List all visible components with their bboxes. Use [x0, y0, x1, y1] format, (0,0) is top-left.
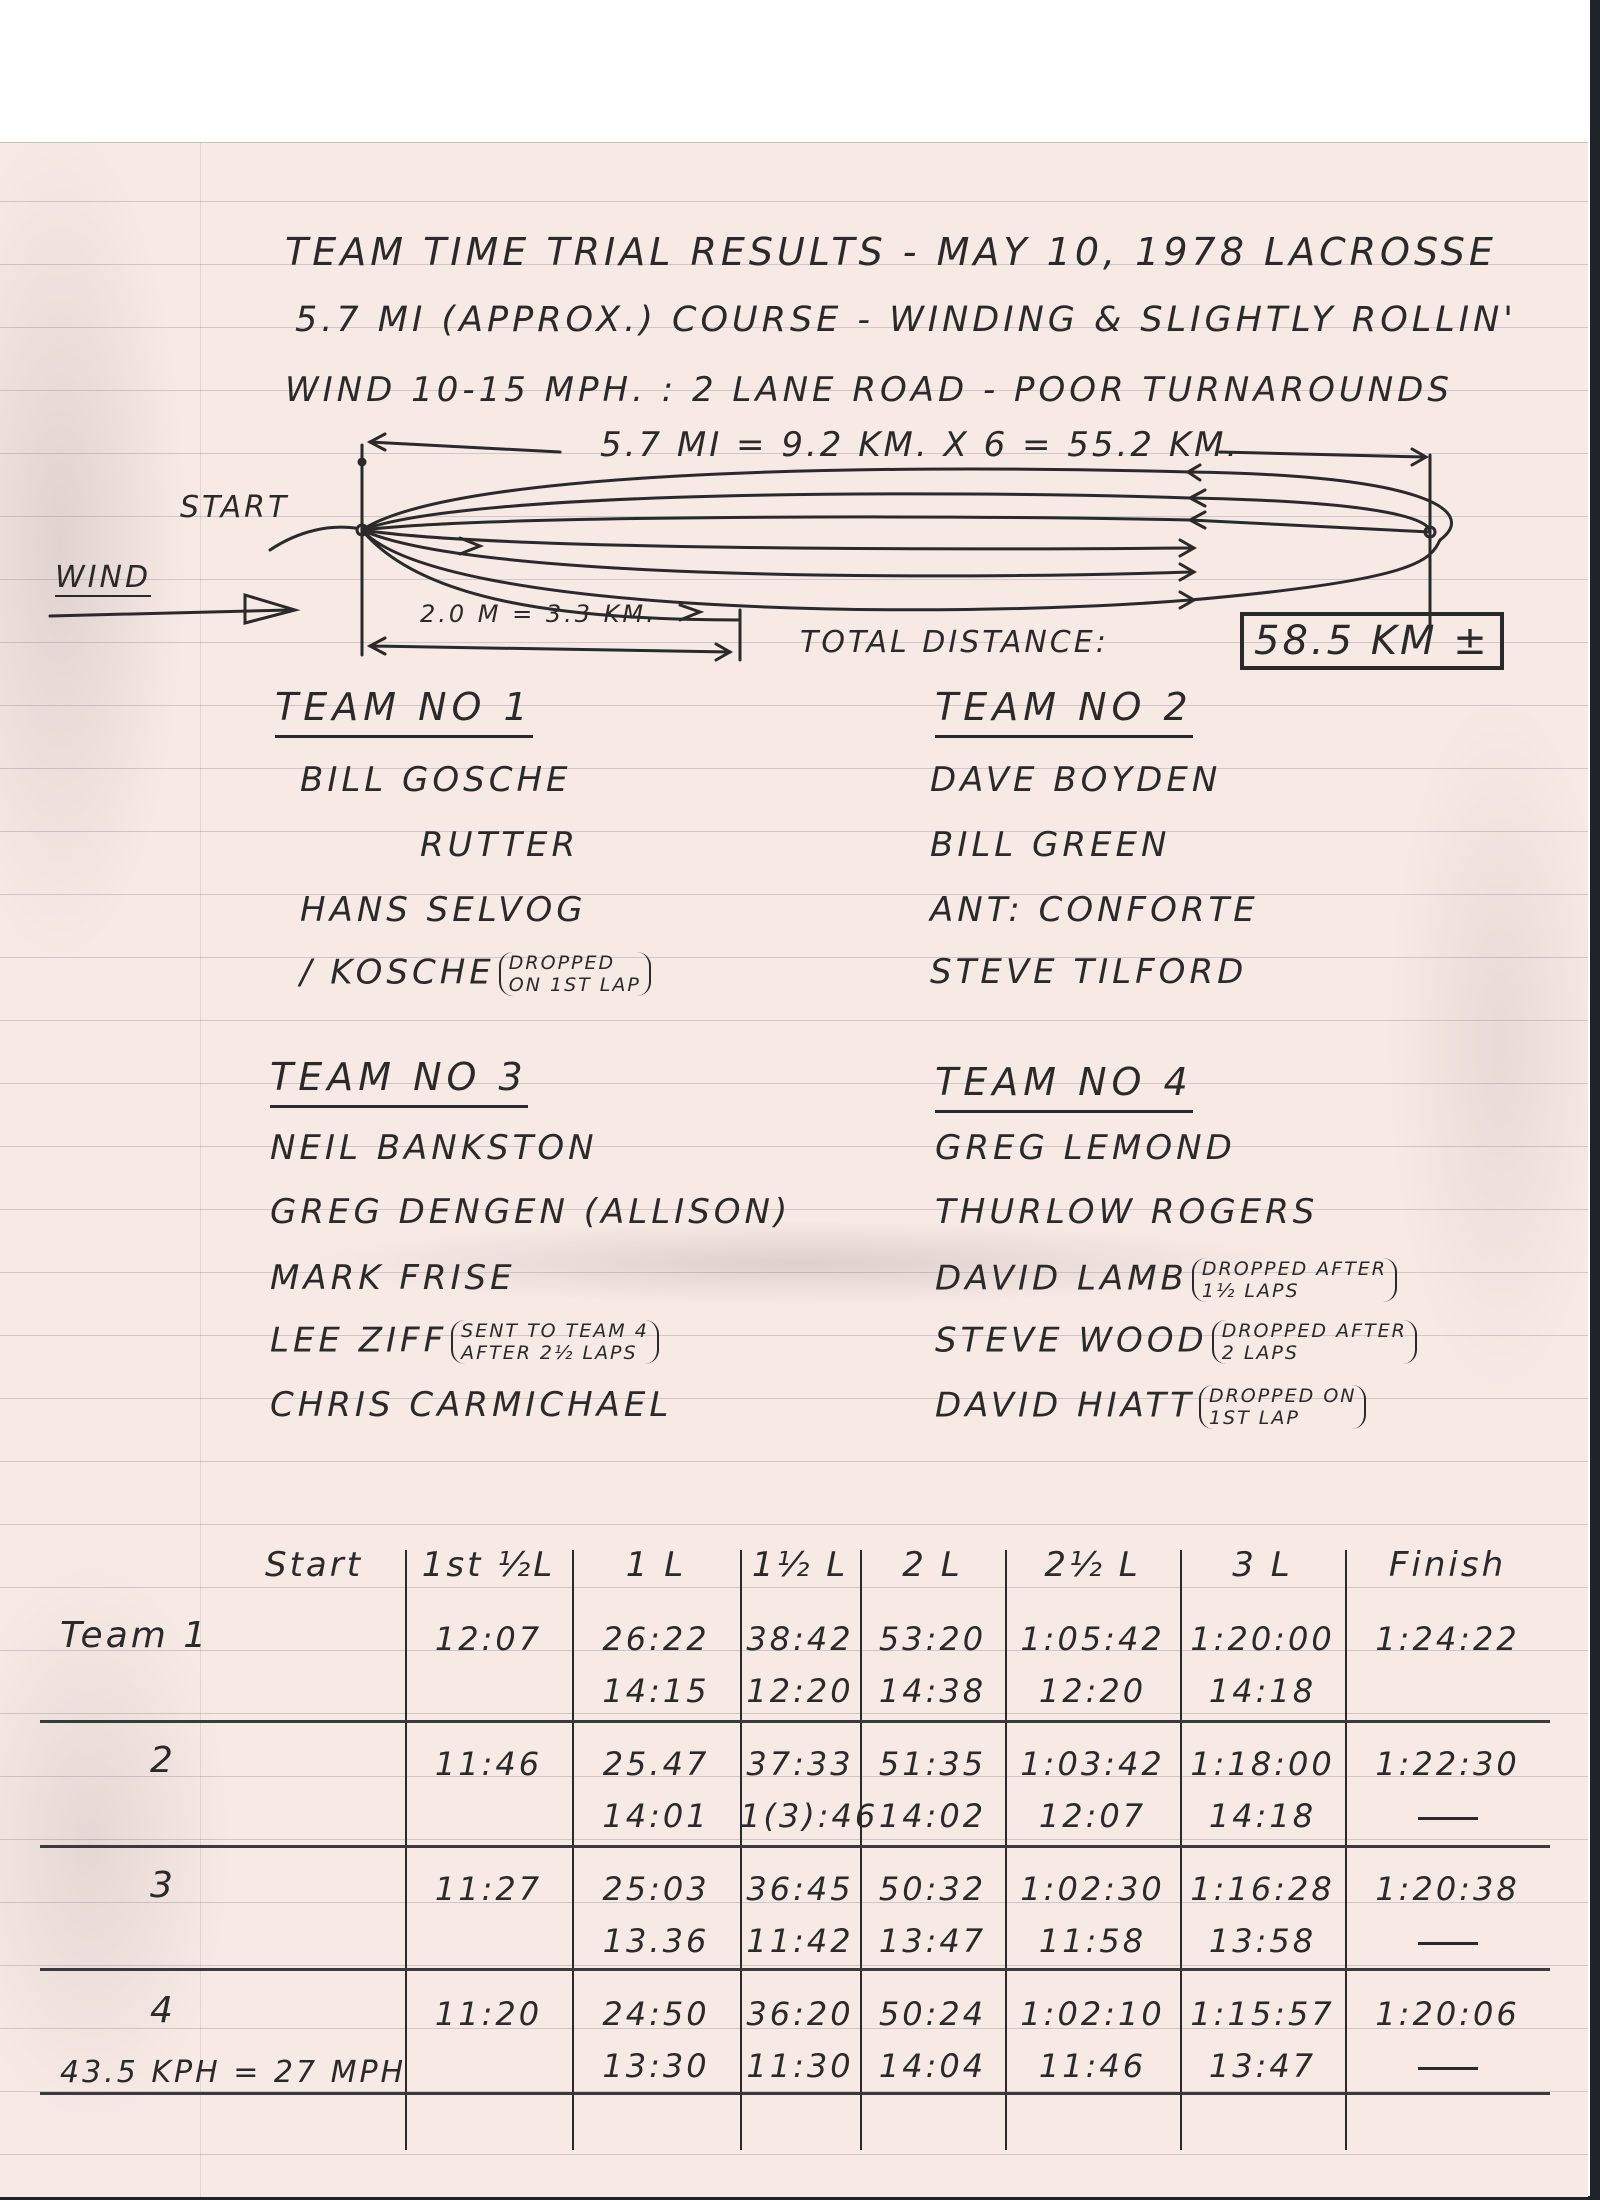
outbound-distance-label: 2.0 M = 3.3 KM. [420, 600, 657, 628]
cumulative-time: 51:35 [860, 1745, 1005, 1783]
rider-name-text: Hans Selvog [300, 890, 587, 930]
ruled-line [0, 1839, 1588, 1840]
table-row-label: 3 [150, 1865, 176, 1906]
cumulative-time: 36:20 [740, 1995, 860, 2033]
scanner-edge [1590, 0, 1600, 2200]
rider-name: Lee ZiffSent to Team 4after 2½ Laps [270, 1320, 659, 1364]
ruled-line [0, 1524, 1588, 1525]
split-time: 12:20 [740, 1672, 860, 1710]
ruled-line [0, 705, 1588, 706]
rider-name-text: Greg Dengen (Allison) [270, 1192, 791, 1232]
rider-name: Ant: Conforte [930, 890, 1259, 930]
cumulative-time: 1:22:30 [1345, 1745, 1550, 1783]
rider-name: Dave Boyden [930, 760, 1221, 800]
split-time: 11:46 [1005, 2047, 1180, 2085]
ruled-line [0, 1461, 1588, 1462]
split-time: 14:02 [860, 1797, 1005, 1835]
split-time: 11:30 [740, 2047, 860, 2085]
rider-note: Dropped after2 Laps [1212, 1320, 1417, 1364]
total-distance-label: Total Distance: [800, 625, 1109, 660]
course-description: 5.7 Mi (approx.) Course - Winding & Slig… [295, 300, 1517, 340]
split-time: 12:07 [1005, 1797, 1180, 1835]
table-header-cell: 1 L [572, 1545, 740, 1585]
cumulative-time: 11:46 [405, 1745, 572, 1783]
cumulative-time: 1:20:00 [1180, 1620, 1345, 1658]
wind-label: Wind [55, 560, 151, 597]
ruled-line [0, 201, 1588, 202]
split-time: 14:04 [860, 2047, 1005, 2085]
rider-name-text: / Kosche [300, 953, 495, 993]
rider-name: David LambDropped after1½ Laps [935, 1258, 1397, 1302]
rider-name-text: Mark Frise [270, 1258, 516, 1298]
rider-name: Steve WoodDropped after2 Laps [935, 1320, 1417, 1364]
ruled-line [0, 1713, 1588, 1714]
split-dash [1345, 2047, 1550, 2085]
cumulative-time: 1:20:38 [1345, 1870, 1550, 1908]
table-header-cell: 2 L [860, 1545, 1005, 1585]
cumulative-time: 12:07 [405, 1620, 572, 1658]
rider-name: Chris Carmichael [270, 1385, 672, 1425]
split-time: 11:42 [740, 1922, 860, 1960]
wind-conditions: Wind 10-15 MPH. : 2 lane road - poor tur… [285, 370, 1453, 410]
table-header-cell: 1½ L [740, 1545, 860, 1585]
start-label: Start [180, 490, 289, 525]
team-heading: Team No 2 [935, 685, 1193, 738]
cumulative-time: 1:24:22 [1345, 1620, 1550, 1658]
rider-note: Dropped after1½ Laps [1192, 1258, 1397, 1302]
total-distance-value: 58.5 KM ± [1240, 612, 1504, 670]
split-time: 14:18 [1180, 1797, 1345, 1835]
cumulative-time: 26:22 [572, 1620, 740, 1658]
rider-name-text: David Hiatt [935, 1386, 1195, 1426]
dash-mark [1418, 1942, 1478, 1945]
rider-name-text: Bill Gosche [300, 760, 572, 800]
rider-name: Thurlow Rogers [935, 1192, 1318, 1232]
ruled-line [0, 1209, 1588, 1210]
ruled-line [0, 831, 1588, 832]
rider-note: Dropped on1st Lap [1199, 1385, 1367, 1429]
split-time: 14:01 [572, 1797, 740, 1835]
rider-name-text: Steve Tilford [930, 952, 1247, 992]
rider-name: Bill Green [930, 825, 1170, 865]
rider-name-text: Bill Green [930, 825, 1170, 865]
split-time: 1(3):46 [740, 1797, 860, 1835]
ruled-line [0, 1587, 1588, 1588]
table-row-divider [40, 1845, 1550, 1848]
table-header-cell: 3 L [1180, 1545, 1345, 1585]
rider-name: Hans Selvog [300, 890, 587, 930]
ruled-line [0, 1083, 1588, 1084]
rider-name-text: Thurlow Rogers [935, 1192, 1318, 1232]
cumulative-time: 1:02:30 [1005, 1870, 1180, 1908]
cumulative-time: 1:18:00 [1180, 1745, 1345, 1783]
cumulative-time: 53:20 [860, 1620, 1005, 1658]
ruled-line [0, 2154, 1588, 2155]
rider-note: Droppedon 1st Lap [499, 952, 651, 996]
table-row-label: 4 [150, 1990, 176, 2031]
rider-name-text: Ant: Conforte [930, 890, 1259, 930]
team-heading: Team No 3 [270, 1055, 528, 1108]
split-time: 13.36 [572, 1922, 740, 1960]
dash-mark [1418, 2067, 1478, 2070]
split-time: 13:30 [572, 2047, 740, 2085]
cumulative-time: 11:20 [405, 1995, 572, 2033]
rider-name-text: Rutter [420, 825, 579, 865]
rider-name-text: Lee Ziff [270, 1321, 447, 1361]
rider-name: Steve Tilford [930, 952, 1247, 992]
rider-name: Neil Bankston [270, 1128, 598, 1168]
table-header-cell: 2½ L [1005, 1545, 1180, 1585]
rider-name: Rutter [420, 825, 579, 865]
rider-name: Greg LeMond [935, 1128, 1236, 1168]
rider-name: / KoscheDroppedon 1st Lap [300, 952, 651, 996]
rider-name-text: Chris Carmichael [270, 1385, 672, 1425]
split-time: 14:38 [860, 1672, 1005, 1710]
cumulative-time: 25.47 [572, 1745, 740, 1783]
cumulative-time: 38:42 [740, 1620, 860, 1658]
cumulative-time: 1:03:42 [1005, 1745, 1180, 1783]
ruled-line [0, 894, 1588, 895]
cumulative-time: 24:50 [572, 1995, 740, 2033]
cumulative-time: 1:15:57 [1180, 1995, 1345, 2033]
table-row-divider [40, 1720, 1550, 1723]
split-dash [1345, 1922, 1550, 1960]
cumulative-time: 37:33 [740, 1745, 860, 1783]
cumulative-time: 1:20:06 [1345, 1995, 1550, 2033]
cumulative-time: 1:16:28 [1180, 1870, 1345, 1908]
rider-name-text: David Lamb [935, 1259, 1188, 1299]
cumulative-time: 25:03 [572, 1870, 740, 1908]
rider-name: Greg Dengen (Allison) [270, 1192, 791, 1232]
cumulative-time: 1:05:42 [1005, 1620, 1180, 1658]
table-row-label: Team 1 [60, 1615, 209, 1656]
table-row-label: 2 [150, 1740, 176, 1781]
split-time: 12:20 [1005, 1672, 1180, 1710]
split-time: 14:18 [1180, 1672, 1345, 1710]
rider-name: Bill Gosche [300, 760, 572, 800]
dash-mark [1418, 1817, 1478, 1820]
lap-distance-label: 5.7 Mi = 9.2 KM. x 6 = 55.2 KM. [600, 425, 1240, 465]
rider-name: David HiattDropped on1st Lap [935, 1385, 1366, 1429]
cumulative-time: 50:24 [860, 1995, 1005, 2033]
ruled-line [0, 1020, 1588, 1021]
course-diagram: Start Wind 5.7 Mi = 9.2 KM. x 6 = 55.2 K… [40, 420, 1560, 680]
team-heading: Team No 4 [935, 1060, 1193, 1113]
rider-name-text: Greg LeMond [935, 1128, 1236, 1168]
cumulative-time: 50:32 [860, 1870, 1005, 1908]
cumulative-time: 36:45 [740, 1870, 860, 1908]
table-header-cell: Start [265, 1545, 405, 1585]
split-time: 13:58 [1180, 1922, 1345, 1960]
team-heading: Team No 1 [275, 685, 533, 738]
rider-name-text: Steve Wood [935, 1321, 1208, 1361]
document-title: Team Time Trial Results - May 10, 1978 L… [285, 230, 1497, 274]
cumulative-time: 11:27 [405, 1870, 572, 1908]
split-time: 13:47 [1180, 2047, 1345, 2085]
split-dash [1345, 1797, 1550, 1835]
table-header-cell: 1st ½L [405, 1545, 572, 1585]
rider-note: Sent to Team 4after 2½ Laps [451, 1320, 659, 1364]
table-row-divider [40, 1968, 1550, 1971]
split-time: 13:47 [860, 1922, 1005, 1960]
average-speed-note: 43.5 KPH = 27 MPH [60, 2055, 406, 2090]
table-header-cell: Finish [1345, 1545, 1550, 1585]
table-row-divider [40, 2092, 1550, 2095]
rider-name: Mark Frise [270, 1258, 516, 1298]
ruled-line [0, 768, 1588, 769]
rider-name-text: Neil Bankston [270, 1128, 598, 1168]
split-time: 14:15 [572, 1672, 740, 1710]
split-time: 11:58 [1005, 1922, 1180, 1960]
ruled-line [0, 1146, 1588, 1147]
ruled-line [0, 1965, 1588, 1966]
rider-name-text: Dave Boyden [930, 760, 1221, 800]
cumulative-time: 1:02:10 [1005, 1995, 1180, 2033]
ruled-line [0, 957, 1588, 958]
